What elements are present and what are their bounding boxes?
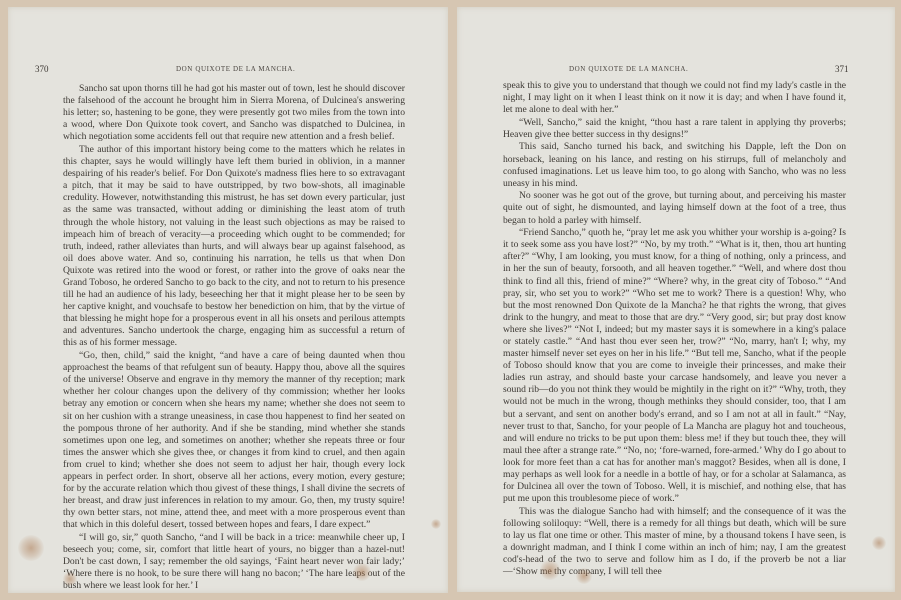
running-head: DON QUIXOTE DE LA MANCHA.	[176, 65, 295, 73]
paragraph: The author of this important history bei…	[63, 144, 405, 350]
foxing-stain	[18, 535, 44, 561]
left-page: 370 DON QUIXOTE DE LA MANCHA. Sancho sat…	[8, 7, 448, 593]
running-head: DON QUIXOTE DE LA MANCHA.	[569, 65, 688, 73]
foxing-stain	[540, 560, 560, 580]
foxing-stain	[872, 536, 886, 550]
paragraph: “Go, then, child,” said the knight, “and…	[63, 350, 405, 531]
paragraph: This said, Sancho turned his back, and s…	[503, 141, 846, 189]
paragraph: “Friend Sancho,” quoth he, “pray let me …	[503, 227, 846, 505]
foxing-stain	[576, 568, 592, 584]
page-text: speak this to give you to understand tha…	[503, 80, 846, 579]
foxing-stain	[63, 572, 77, 586]
page-number: 370	[35, 64, 49, 74]
page-text: Sancho sat upon thorns till he had got h…	[63, 83, 405, 593]
foxing-stain	[431, 519, 441, 529]
paragraph: Sancho sat upon thorns till he had got h…	[63, 83, 405, 143]
paragraph: speak this to give you to understand tha…	[503, 80, 846, 116]
paragraph: “Well, Sancho,” said the knight, “thou h…	[503, 117, 846, 141]
page-number: 371	[835, 64, 849, 74]
paragraph: No sooner was he got out of the grove, b…	[503, 190, 846, 226]
right-page: DON QUIXOTE DE LA MANCHA. 371 speak this…	[457, 7, 895, 592]
paragraph: “I will go, sir,” quoth Sancho, “and I w…	[63, 532, 405, 592]
foxing-stain	[353, 563, 371, 581]
